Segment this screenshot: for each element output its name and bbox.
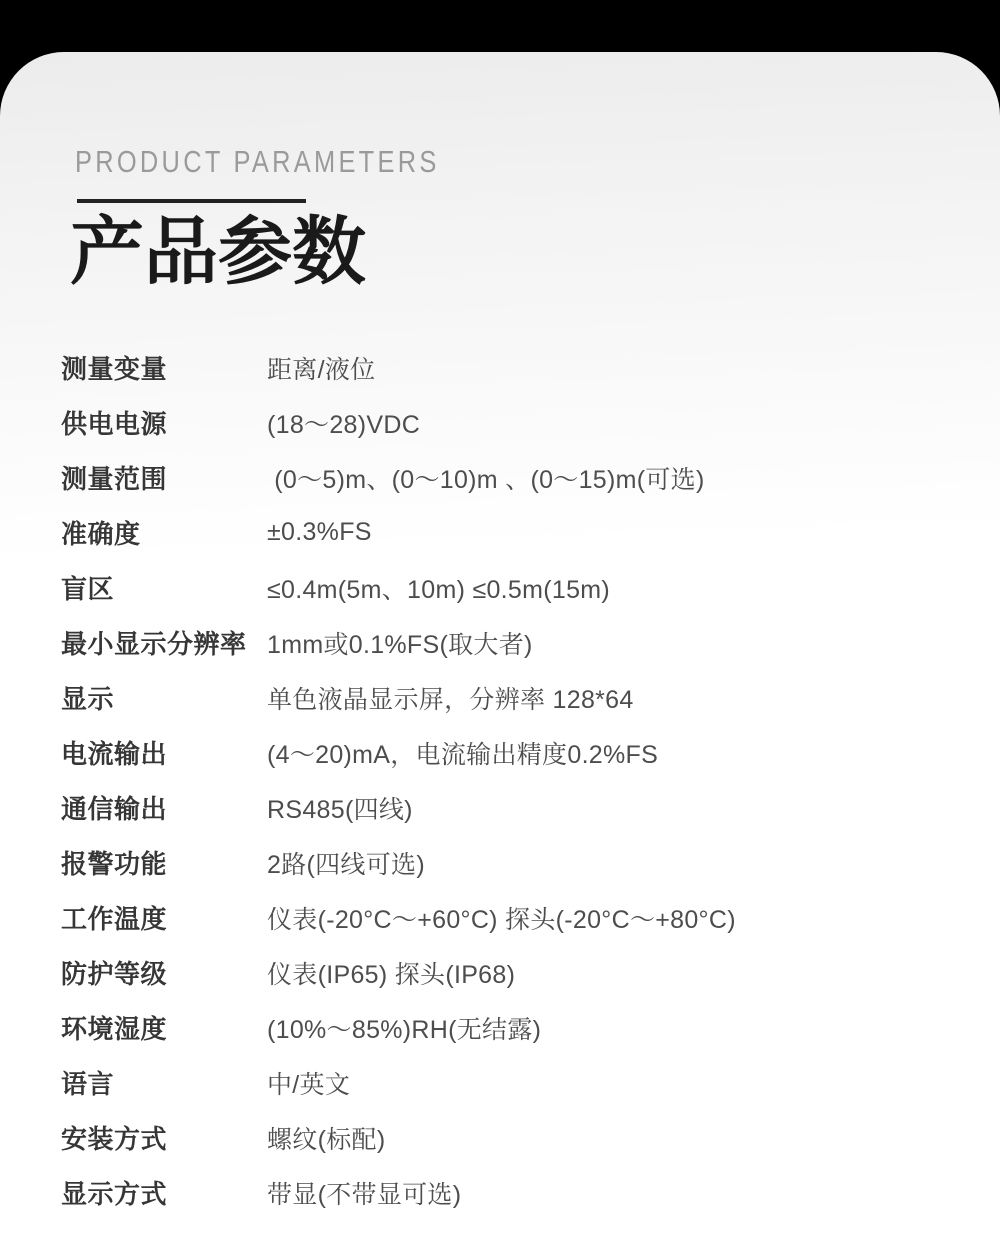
- parameter-row: 电流输出 (4～20)mA，电流输出精度0.2%FS: [0, 725, 1000, 780]
- parameter-row: 盲区 ≤0.4m(5m、10m) ≤0.5m(15m): [0, 560, 1000, 615]
- parameter-label: 报警功能: [61, 844, 267, 881]
- parameter-label: 防护等级: [61, 954, 267, 991]
- parameter-row: 环境湿度 (10%～85%)RH(无结露): [0, 1000, 1000, 1055]
- parameter-row: 显示方式 带显(不带显可选): [0, 1165, 1000, 1220]
- parameter-row: 报警功能 2路(四线可选): [0, 835, 1000, 890]
- parameter-label: 电流输出: [61, 734, 267, 771]
- parameter-value: 单色液晶显示屏，分辨率 128*64: [267, 680, 634, 716]
- eyebrow-heading: PRODUCT PARAMETERS: [75, 146, 440, 177]
- parameter-label: 测量范围: [61, 459, 267, 496]
- parameter-row: 显示 单色液晶显示屏，分辨率 128*64: [0, 670, 1000, 725]
- parameter-value: 螺纹(标配): [267, 1120, 385, 1156]
- parameter-label: 语言: [61, 1064, 267, 1101]
- page-title: 产品参数: [70, 215, 366, 289]
- parameter-value: 1mm或0.1%FS(取大者): [267, 625, 533, 661]
- parameter-value: 仪表(-20°C～+60°C) 探头(-20°C～+80°C): [267, 900, 736, 936]
- parameter-row: 测量变量 距离/液位: [0, 340, 1000, 395]
- parameter-row: 测量范围 (0～5)m、(0～10)m 、(0～15)m(可选): [0, 450, 1000, 505]
- parameter-value: (0～5)m、(0～10)m 、(0～15)m(可选): [267, 460, 705, 496]
- parameter-row: 通信输出 RS485(四线): [0, 780, 1000, 835]
- parameter-value: RS485(四线): [267, 790, 413, 826]
- parameter-row: 供电电源 (18～28)VDC: [0, 395, 1000, 450]
- parameter-label: 供电电源: [61, 404, 267, 441]
- parameter-row: 准确度 ±0.3%FS: [0, 505, 1000, 560]
- parameters-list: 测量变量 距离/液位 供电电源 (18～28)VDC 测量范围 (0～5)m、(…: [0, 340, 1000, 1220]
- parameter-label: 最小显示分辨率: [61, 624, 267, 661]
- parameter-value: (18～28)VDC: [267, 405, 420, 441]
- parameter-value: 2路(四线可选): [267, 845, 425, 881]
- parameter-value: 中/英文: [267, 1065, 350, 1101]
- parameter-label: 安装方式: [61, 1119, 267, 1156]
- product-parameters-card: PRODUCT PARAMETERS 产品参数 测量变量 距离/液位 供电电源 …: [0, 52, 1000, 1236]
- parameter-label: 工作温度: [61, 899, 267, 936]
- parameter-value: 距离/液位: [267, 350, 375, 386]
- parameter-label: 盲区: [61, 569, 267, 606]
- parameter-row: 防护等级 仪表(IP65) 探头(IP68): [0, 945, 1000, 1000]
- parameter-value: (4～20)mA，电流输出精度0.2%FS: [267, 735, 658, 771]
- parameter-row: 语言 中/英文: [0, 1055, 1000, 1110]
- page-background: PRODUCT PARAMETERS 产品参数 测量变量 距离/液位 供电电源 …: [0, 0, 1000, 1236]
- parameter-row: 安装方式 螺纹(标配): [0, 1110, 1000, 1165]
- parameter-label: 准确度: [61, 514, 267, 551]
- parameter-label: 显示: [61, 679, 267, 716]
- parameter-label: 环境湿度: [61, 1009, 267, 1046]
- parameter-value: 仪表(IP65) 探头(IP68): [267, 955, 515, 991]
- parameter-label: 显示方式: [61, 1174, 267, 1211]
- parameter-label: 通信输出: [61, 789, 267, 826]
- parameter-row: 最小显示分辨率 1mm或0.1%FS(取大者): [0, 615, 1000, 670]
- parameter-value: ±0.3%FS: [267, 518, 372, 547]
- parameter-value: ≤0.4m(5m、10m) ≤0.5m(15m): [267, 570, 610, 606]
- parameter-row: 工作温度 仪表(-20°C～+60°C) 探头(-20°C～+80°C): [0, 890, 1000, 945]
- parameter-label: 测量变量: [61, 349, 267, 386]
- parameter-value: 带显(不带显可选): [267, 1175, 461, 1211]
- title-divider: [77, 199, 306, 203]
- parameter-value: (10%～85%)RH(无结露): [267, 1010, 541, 1046]
